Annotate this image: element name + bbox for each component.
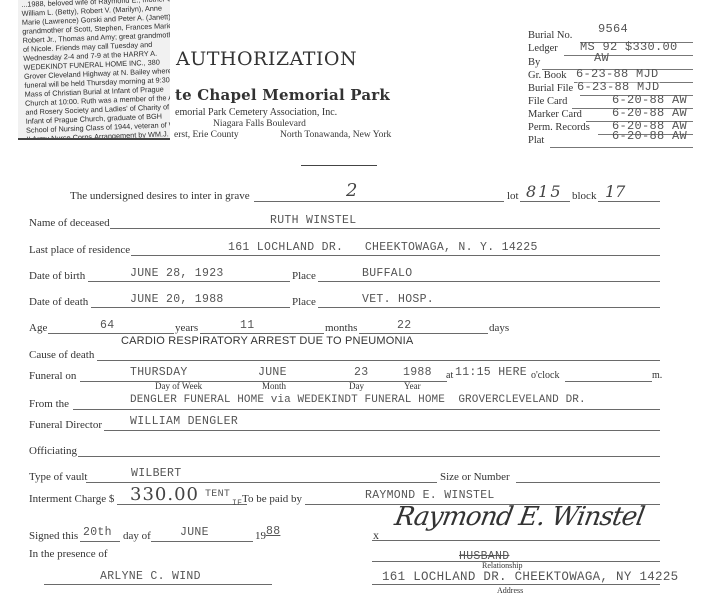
cause-label: Cause of death bbox=[29, 349, 94, 361]
size-label: Size or Number bbox=[440, 471, 510, 483]
death-place-field[interactable]: VET. HOSP. bbox=[362, 293, 434, 306]
death-date-label: Date of death bbox=[29, 296, 88, 308]
year-caption: Year bbox=[404, 381, 421, 391]
paid-by-label: To be paid by bbox=[242, 493, 302, 505]
grave-field[interactable]: 2 bbox=[346, 180, 357, 201]
charge-label: Interment Charge $ bbox=[29, 493, 114, 505]
m-label: m. bbox=[652, 370, 662, 381]
signed-this-label: Signed this bbox=[29, 530, 78, 542]
charge-note: TENT bbox=[205, 489, 230, 500]
dow-caption: Day of Week bbox=[155, 381, 202, 391]
association-name: emorial Park Cemetery Association, Inc. bbox=[175, 107, 337, 118]
signed-day-field[interactable]: 20th bbox=[83, 526, 112, 539]
vault-label: Type of vault bbox=[29, 471, 88, 483]
age-years-field[interactable]: 64 bbox=[100, 319, 114, 332]
birth-date-field[interactable]: JUNE 28, 1923 bbox=[130, 267, 224, 280]
witness-field[interactable]: ARLYNE C. WIND bbox=[100, 570, 201, 583]
relationship-label: Relationship bbox=[482, 561, 522, 570]
obituary-text: ...1988, beloved wife of Raymond E.; mot… bbox=[18, 0, 170, 140]
from-label: From the bbox=[29, 398, 69, 410]
signed-month-field[interactable]: JUNE bbox=[180, 526, 209, 539]
at-label: at bbox=[446, 370, 453, 381]
officiating-label: Officiating bbox=[29, 445, 77, 457]
park-name: te Chapel Memorial Park bbox=[175, 86, 390, 104]
month-caption: Month bbox=[262, 381, 286, 391]
funeral-time-field[interactable]: 11:15 HERE bbox=[455, 366, 527, 379]
death-place-label: Place bbox=[292, 296, 316, 308]
address-label: Address bbox=[497, 586, 523, 595]
signed-year-field[interactable]: 88 bbox=[266, 525, 280, 538]
paid-by-field[interactable]: RAYMOND E. WINSTEL bbox=[365, 489, 495, 502]
director-label: Funeral Director bbox=[29, 419, 102, 431]
funeral-on-label: Funeral on bbox=[29, 370, 76, 382]
residence-label: Last place of residence bbox=[29, 244, 130, 256]
day-of-label: day of bbox=[123, 530, 151, 542]
address-field[interactable]: 161 LOCHLAND DR. CHEEKTOWAGA, NY 14225 bbox=[382, 570, 678, 584]
signature[interactable]: Raymond E. Winstel bbox=[392, 502, 646, 532]
year-prefix: 19 bbox=[255, 530, 266, 542]
vault-field[interactable]: WILBERT bbox=[131, 467, 181, 480]
record-ledger: Ledger MS 92 $330.00 bbox=[528, 43, 708, 56]
from-field[interactable]: DENGLER FUNERAL HOME via WEDEKINDT FUNER… bbox=[130, 394, 586, 406]
oclock-label: o'clock bbox=[531, 370, 559, 381]
cause-field[interactable]: CARDIO RESPIRATORY ARREST DUE TO PNEUMON… bbox=[121, 335, 413, 347]
deceased-name-field[interactable]: RUTH WINSTEL bbox=[270, 214, 356, 227]
funeral-day-field[interactable]: 23 bbox=[354, 366, 368, 379]
obituary-clipping: ...1988, beloved wife of Raymond E.; mot… bbox=[18, 0, 170, 140]
age-label: Age bbox=[29, 322, 47, 334]
county: erst, Erie County bbox=[174, 130, 239, 140]
birth-place-label: Place bbox=[292, 270, 316, 282]
charge-note-if: IF bbox=[232, 499, 242, 508]
street-address: Niagara Falls Boulevard bbox=[213, 119, 306, 129]
age-months-field[interactable]: 11 bbox=[240, 319, 254, 332]
residence-field[interactable]: 161 LOCHLAND DR. CHEEKTOWAGA, N. Y. 1422… bbox=[228, 241, 538, 254]
funeral-month-field[interactable]: JUNE bbox=[258, 366, 287, 379]
death-date-field[interactable]: JUNE 20, 1988 bbox=[130, 293, 224, 306]
block-field[interactable]: 17 bbox=[605, 182, 625, 201]
years-label: years bbox=[175, 322, 198, 334]
form-title: AUTHORIZATION bbox=[176, 48, 357, 70]
header-divider bbox=[301, 165, 377, 166]
lot-field[interactable]: 815 bbox=[526, 182, 563, 201]
name-label: Name of deceased bbox=[29, 217, 110, 229]
grave-label: The undersigned desires to inter in grav… bbox=[70, 190, 250, 202]
day-caption: Day bbox=[349, 381, 364, 391]
record-plat: Plat 6-20-88 AW bbox=[528, 135, 708, 148]
director-field[interactable]: WILLIAM DENGLER bbox=[130, 415, 238, 428]
age-days-field[interactable]: 22 bbox=[397, 319, 411, 332]
charge-field[interactable]: 330.00 bbox=[130, 484, 199, 505]
birth-date-label: Date of birth bbox=[29, 270, 85, 282]
city: North Tonawanda, New York bbox=[280, 130, 391, 140]
birth-place-field[interactable]: BUFFALO bbox=[362, 267, 412, 280]
funeral-year-field[interactable]: 1988 bbox=[403, 366, 432, 379]
presence-label: In the presence of bbox=[29, 548, 108, 560]
months-label: months bbox=[325, 322, 357, 334]
lot-label: lot bbox=[507, 190, 519, 202]
block-label: block bbox=[572, 190, 596, 202]
days-label: days bbox=[489, 322, 509, 334]
funeral-dow-field[interactable]: THURSDAY bbox=[130, 366, 188, 379]
